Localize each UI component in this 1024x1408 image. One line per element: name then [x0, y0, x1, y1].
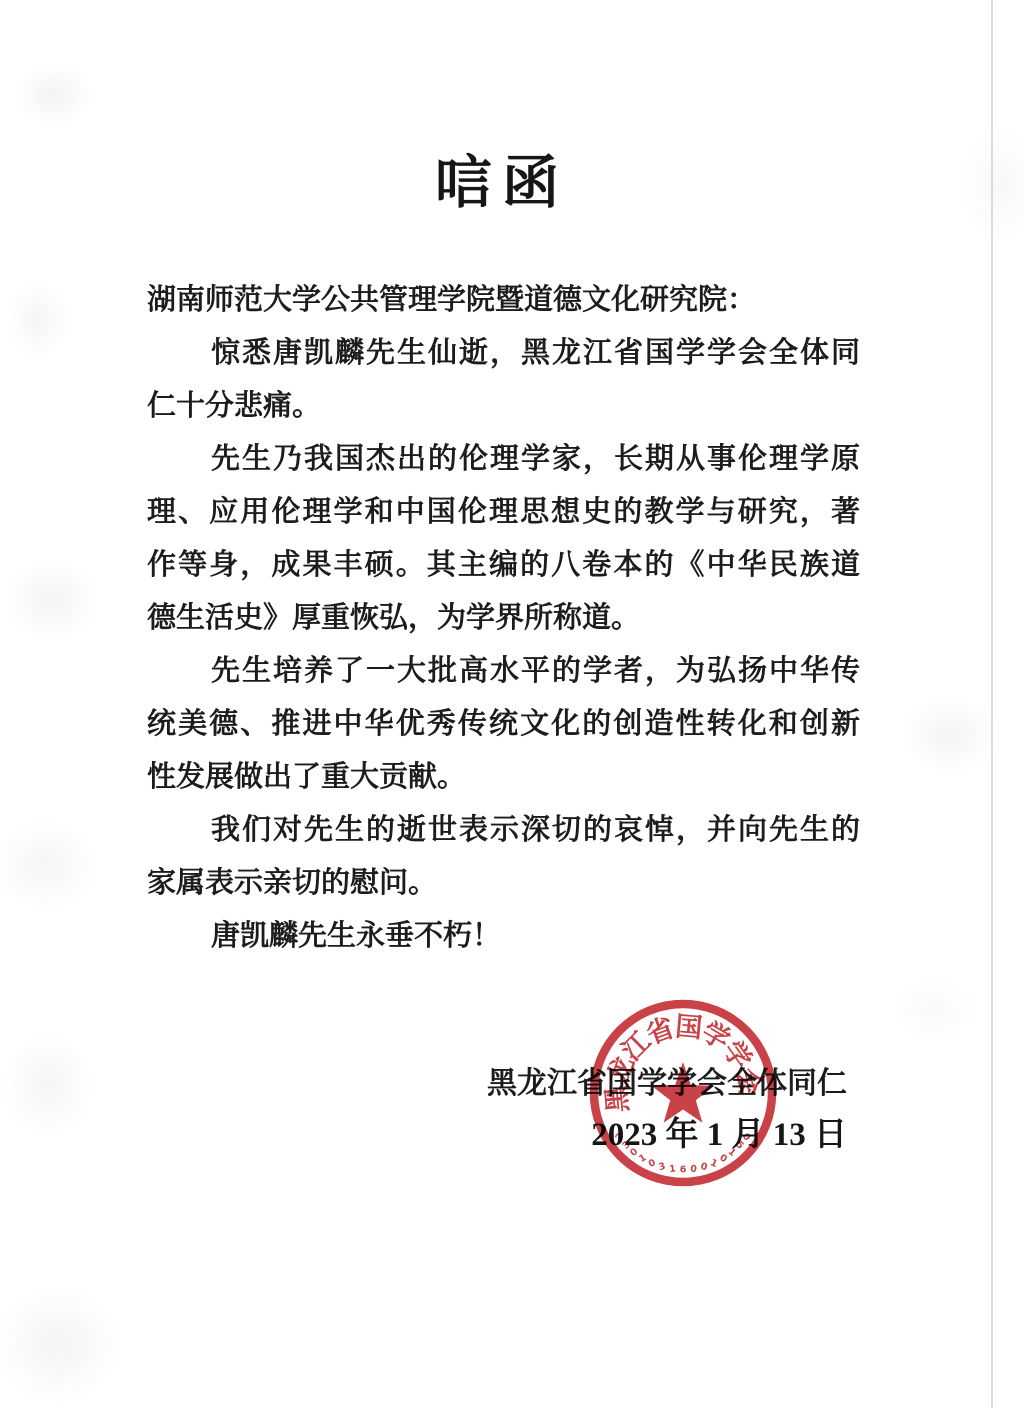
body-line: 德生活史》厚重恢弘，为学界所称道。 [147, 592, 860, 645]
svg-text:1: 1 [668, 1163, 676, 1175]
body-line: 我们对先生的逝世表示深切的哀悼，并向先生的 [147, 804, 860, 857]
body-line: 家属表示亲切的慰问。 [147, 857, 860, 910]
letter-body: 湖南师范大学公共管理学院暨道德文化研究院： 惊悉唐凯麟先生仙逝，黑龙江省国学学会… [147, 274, 860, 963]
svg-text:0: 0 [647, 1157, 658, 1170]
body-line: 作等身，成果丰硕。其主编的八卷本的《中华民族道 [147, 539, 860, 592]
body-line: 性发展做出了重大贡献。 [147, 751, 860, 804]
body-line: 惊悉唐凯麟先生仙逝，黑龙江省国学学会全体同 [147, 327, 860, 380]
body-line: 仁十分悲痛。 [147, 380, 860, 433]
svg-text:3: 3 [657, 1161, 666, 1173]
condolence-letter-page: 唁函 湖南师范大学公共管理学院暨道德文化研究院： 惊悉唐凯麟先生仙逝，黑龙江省国… [0, 0, 1024, 1408]
svg-text:学: 学 [697, 1016, 735, 1055]
body-line: 唐凯麟先生永垂不朽！ [147, 910, 860, 963]
body-line: 统美德、推进中华优秀传统文化的创造性转化和创新 [147, 698, 860, 751]
salutation-line: 湖南师范大学公共管理学院暨道德文化研究院： [147, 274, 860, 327]
signature-block: 黑龙江省国学学会全体同仁 2023 年 1 月 13 日 [147, 1062, 847, 1157]
svg-text:0: 0 [689, 1163, 697, 1175]
date-line: 2023 年 1 月 13 日 [147, 1113, 847, 1157]
svg-text:江: 江 [616, 1026, 656, 1066]
svg-text:1: 1 [709, 1157, 719, 1170]
svg-text:国: 国 [674, 1011, 704, 1043]
svg-text:省: 省 [643, 1012, 679, 1049]
body-line: 先生乃我国杰出的伦理学家，长期从事伦理学原 [147, 433, 860, 486]
signature-line: 黑龙江省国学学会全体同仁 [147, 1062, 847, 1106]
body-line: 先生培养了一大批高水平的学者，为弘扬中华传 [147, 645, 860, 698]
page-title: 唁函 [0, 146, 1004, 222]
body-line: 理、应用伦理学和中国伦理思想史的教学与研究，著 [147, 486, 860, 539]
svg-text:6: 6 [680, 1165, 687, 1176]
svg-text:0: 0 [699, 1161, 709, 1173]
